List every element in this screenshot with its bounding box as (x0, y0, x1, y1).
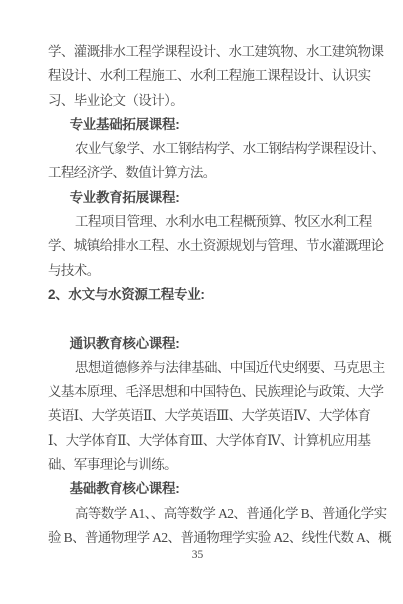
paragraph-line: 学、灌溉排水工程学课程设计、水工建筑物、水工建筑物课 (48, 40, 386, 64)
page-number: 35 (0, 549, 395, 561)
paragraph-line: 工程经济学、数值计算方法。 (48, 161, 386, 185)
blank-line (48, 307, 386, 331)
paragraph-line: 习、毕业论文（设计）。 (48, 89, 386, 113)
heading-professional-basic-expansion-courses: 专业基础拓展课程: (48, 113, 386, 137)
paragraph-line: 义基本原理、毛泽思想和中国特色、民族理论与政策、大学 (48, 380, 386, 404)
heading-professional-education-expansion-courses: 专业教育拓展课程: (48, 186, 386, 210)
paragraph-line: 验 B、普通物理学 A2、普通物理学实验 A2、线性代数 A、概 (48, 526, 386, 550)
paragraph-line: 学、城镇给排水工程、水土资源规划与管理、节水灌溉理论 (48, 234, 386, 258)
paragraph-line: Ⅰ、大学体育Ⅱ、大学体育Ⅲ、大学体育Ⅳ、计算机应用基 (48, 429, 386, 453)
paragraph-line: 程设计、水利工程施工、水利工程施工课程设计、认识实 (48, 64, 386, 88)
heading-basic-education-core-courses: 基础教育核心课程: (48, 477, 386, 501)
heading-major-hydrology-water-resources: 2、水文与水资源工程专业: (48, 283, 386, 307)
page-text: 学、灌溉排水工程学课程设计、水工建筑物、水工建筑物课 程设计、水利工程施工、水利… (48, 40, 386, 550)
paragraph-line: 英语Ⅰ、大学英语Ⅱ、大学英语Ⅲ、大学英语Ⅳ、大学体育 (48, 404, 386, 428)
paragraph-line: 农业气象学、水工钢结构学、水工钢结构学课程设计、 (48, 137, 386, 161)
heading-general-education-core-courses: 通识教育核心课程: (48, 332, 386, 356)
paragraph-line: 高等数学 A1、、高等数学 A2、普通化学 B、普通化学实 (48, 502, 386, 526)
paragraph-line: 础、军事理论与训练。 (48, 453, 386, 477)
paragraph-line: 与技术。 (48, 259, 386, 283)
paragraph-line: 工程项目管理、水利水电工程概预算、牧区水利工程 (48, 210, 386, 234)
document-page: 学、灌溉排水工程学课程设计、水工建筑物、水工建筑物课 程设计、水利工程施工、水利… (0, 0, 403, 604)
paragraph-line: 思想道德修养与法律基础、中国近代史纲要、马克思主 (48, 356, 386, 380)
